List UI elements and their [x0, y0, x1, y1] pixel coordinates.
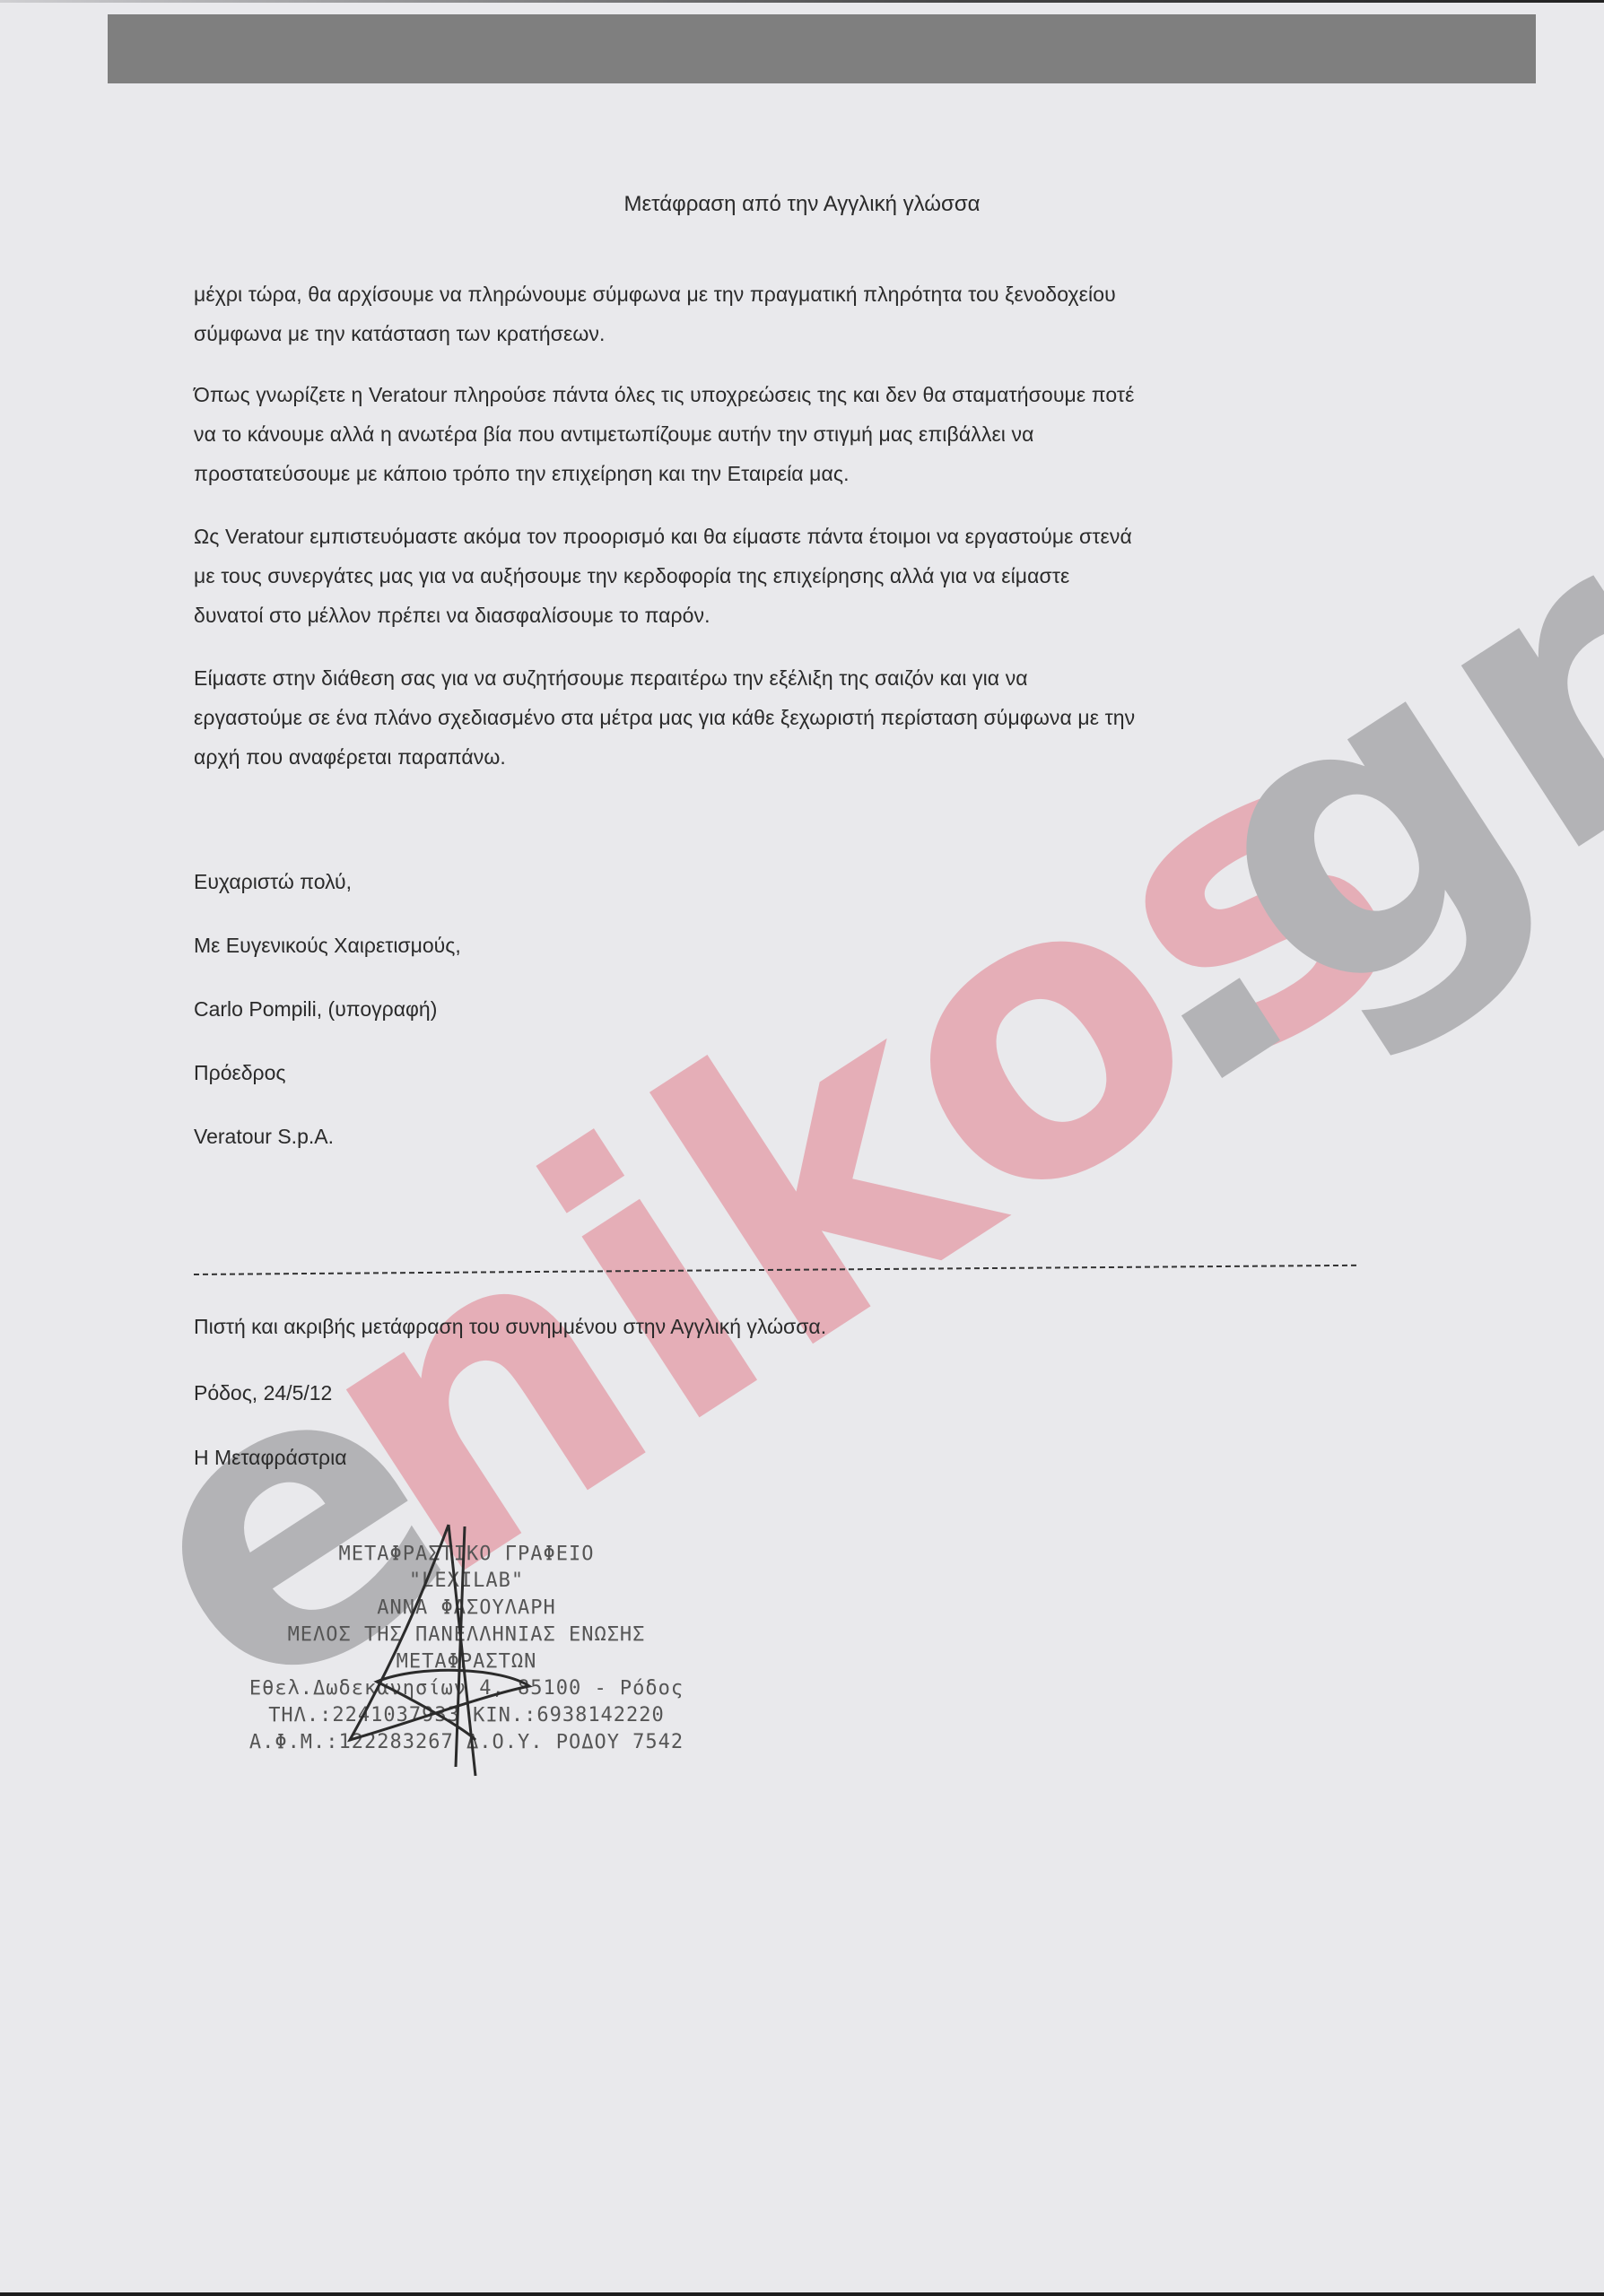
paragraph-2: Όπως γνωρίζετε η Veratour πληρούσε πάντα…	[194, 375, 1387, 493]
stamp-line: "LEXILAB"	[215, 1568, 718, 1595]
paragraph-line: μέχρι τώρα, θα αρχίσουμε να πληρώνουμε σ…	[194, 274, 1387, 314]
paragraph-4: Είμαστε στην διάθεση σας για να συζητήσο…	[194, 658, 1387, 777]
signer-company: Veratour S.p.A.	[194, 1125, 334, 1149]
stamp-line: Α.Φ.Μ.:122283267 Δ.Ο.Υ. ΡΟΔΟΥ 7542	[215, 1729, 718, 1756]
paragraph-line: σύμφωνα με την κατάσταση των κρατήσεων.	[194, 314, 1387, 353]
paragraph-line: εργαστούμε σε ένα πλάνο σχεδιασμένο στα …	[194, 698, 1387, 737]
paragraph-3: Ως Veratour εμπιστευόμαστε ακόμα τον προ…	[194, 517, 1387, 635]
closing-regards: Με Ευγενικούς Χαιρετισμούς,	[194, 934, 461, 958]
stamp-line: ΜΕΤΑΦΡΑΣΤΙΚΟ ΓΡΑΦΕΙΟ	[215, 1541, 718, 1568]
paragraph-line: δυνατοί στο μέλλον πρέπει να διασφαλίσου…	[194, 596, 1387, 635]
scan-top-edge	[0, 0, 1604, 3]
paragraph-line: αρχή που αναφέρεται παραπάνω.	[194, 737, 1387, 777]
stamp-line: ΜΕΤΑΦΡΑΣΤΩΝ	[215, 1648, 718, 1675]
dashed-divider	[194, 1265, 1356, 1275]
redacted-header-block	[108, 14, 1536, 83]
stamp-line: Εθελ.Δωδεκανησίων 4, 85100 - Ρόδος	[215, 1675, 718, 1702]
stamp-line: ΤΗΛ.:2241037933 ΚΙΝ.:6938142220	[215, 1702, 718, 1729]
paragraph-1: μέχρι τώρα, θα αρχίσουμε να πληρώνουμε σ…	[194, 274, 1387, 353]
stamp-line: ΑΝΝΑ ΦΑΣΟΥΛΑΡΗ	[215, 1595, 718, 1622]
place-date: Ρόδος, 24/5/12	[194, 1381, 332, 1405]
signer-name: Carlo Pompili, (υπογραφή)	[194, 997, 437, 1022]
translator-label: Η Μεταφράστρια	[194, 1446, 347, 1470]
signer-role: Πρόεδρος	[194, 1061, 286, 1085]
translation-office-stamp: ΜΕΤΑΦΡΑΣΤΙΚΟ ΓΡΑΦΕΙΟ "LEXILAB" ΑΝΝΑ ΦΑΣΟ…	[215, 1541, 718, 1756]
paragraph-line: να το κάνουμε αλλά η ανωτέρα βία που αντ…	[194, 414, 1387, 454]
paragraph-line: με τους συνεργάτες μας για να αυξήσουμε …	[194, 556, 1387, 596]
certification-statement: Πιστή και ακριβής μετάφραση του συνημμέν…	[194, 1315, 826, 1339]
paragraph-line: Όπως γνωρίζετε η Veratour πληρούσε πάντα…	[194, 375, 1387, 414]
paragraph-line: Ως Veratour εμπιστευόμαστε ακόμα τον προ…	[194, 517, 1387, 556]
paragraph-line: Είμαστε στην διάθεση σας για να συζητήσο…	[194, 658, 1387, 698]
closing-thanks: Ευχαριστώ πολύ,	[194, 870, 352, 894]
watermark-nikos: nikos	[237, 642, 1472, 1666]
stamp-line: ΜΕΛΟΣ ΤΗΣ ΠΑΝΕΛΛΗΝΙΑΣ ΕΝΩΣΗΣ	[215, 1622, 718, 1648]
paragraph-line: προστατεύσουμε με κάποιο τρόπο την επιχε…	[194, 454, 1387, 493]
document-title: Μετάφραση από την Αγγλική γλώσσα	[0, 192, 1604, 217]
scan-bottom-edge	[0, 2292, 1604, 2296]
